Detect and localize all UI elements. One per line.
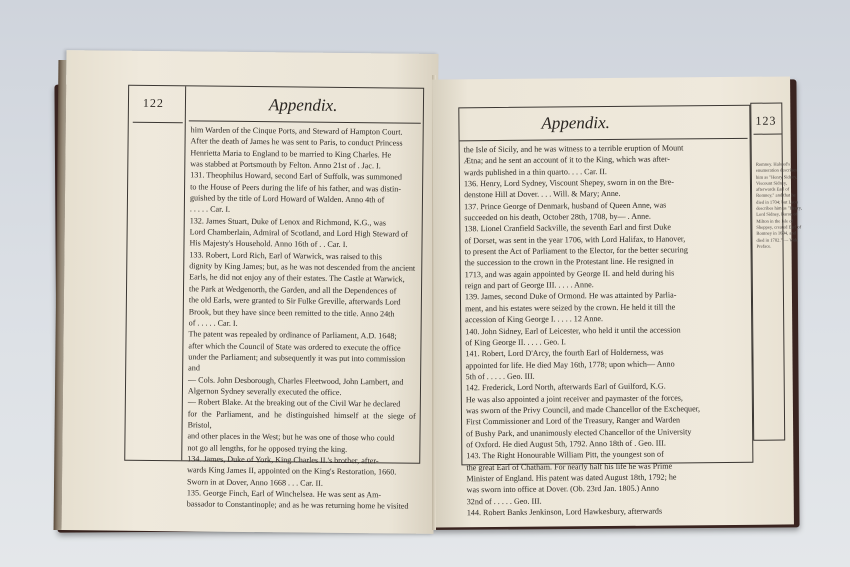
header-rule bbox=[460, 138, 748, 142]
margin-column: 123 Romney. Halsted's enumeration descri… bbox=[750, 103, 785, 441]
page-title: Appendix. bbox=[541, 113, 610, 134]
page-number-column bbox=[125, 86, 186, 461]
page-number: 122 bbox=[143, 96, 164, 111]
body-text: him Warden of the Cinque Ports, and Stew… bbox=[187, 124, 419, 512]
text-line: for the Parliament, and he distinguished… bbox=[188, 408, 416, 433]
right-page: Appendix. the Isle of Sicily, and he was… bbox=[432, 76, 794, 527]
left-page-frame: 122 Appendix. him Warden of the Cinque P… bbox=[124, 85, 424, 464]
right-page-frame: Appendix. the Isle of Sicily, and he was… bbox=[458, 105, 753, 466]
text-line: bassador to Constantinople; and as he wa… bbox=[187, 499, 415, 513]
page-number: 123 bbox=[755, 114, 776, 129]
header-rule bbox=[189, 120, 421, 123]
body-text: the Isle of Sicily, and he was witness t… bbox=[464, 142, 749, 519]
page-title: Appendix. bbox=[269, 95, 338, 116]
margin-note: Romney. Halsted's enumeration describes … bbox=[756, 161, 803, 250]
divider bbox=[754, 134, 782, 135]
text-line: 144. Robert Banks Jenkinson, Lord Hawkes… bbox=[467, 505, 749, 519]
left-page: 122 Appendix. him Warden of the Cinque P… bbox=[61, 50, 438, 534]
